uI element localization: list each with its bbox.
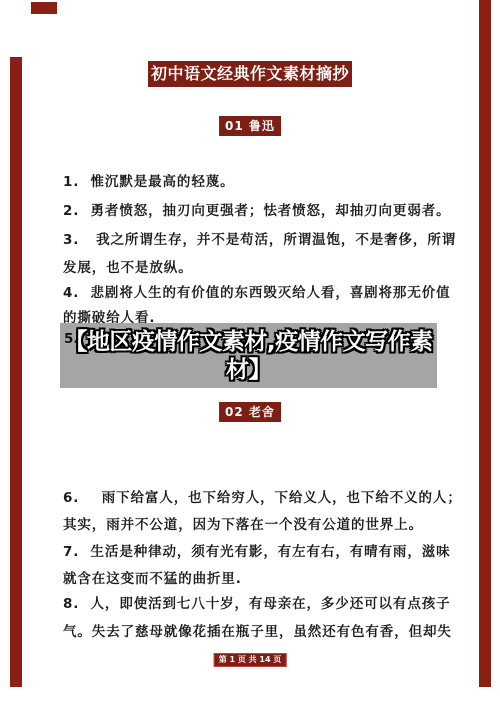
page-title: 初中语文经典作文素材摘抄 bbox=[148, 61, 352, 87]
watermark-overlay: 5. 【地区疫情作文素材,疫情作文写作素 材】 bbox=[60, 323, 437, 388]
quote-line: 4. 悲剧将人生的有价值的东西毁灭给人看，喜剧将那无价值 bbox=[63, 281, 451, 301]
page-number-footer: 第 1 页 共 14 页 bbox=[214, 653, 287, 667]
right-border-bar bbox=[479, 0, 491, 687]
watermark-line: 【地区疫情作文素材,疫情作文写作素 bbox=[64, 328, 432, 356]
watermark-line: 材】 bbox=[226, 356, 271, 384]
quote-line: 3. 我之所谓生存，并不是苟活，所谓温饱，不是奢侈，所谓 bbox=[63, 228, 456, 248]
quote-line: 发展，也不是放纵。 bbox=[63, 256, 193, 276]
watermark-text: 【地区疫情作文素材,疫情作文写作素 材】 bbox=[60, 323, 437, 388]
quote-line: 就含在这变而不猛的曲折里. bbox=[63, 567, 242, 587]
section-badge-laoshe: 02 老舍 bbox=[219, 402, 281, 422]
quote-line: 1. 惟沉默是最高的轻蔑。 bbox=[63, 170, 235, 190]
quote-line: 其实，雨并不公道，因为下落在一个没有公道的世界上。 bbox=[63, 513, 423, 533]
quote-line: 2. 勇者愤怒，抽刃向更强者；怯者愤怒，却抽刃向更弱者。 bbox=[63, 199, 451, 219]
corner-marker bbox=[31, 2, 57, 14]
section-badge-luxun: 01 鲁迅 bbox=[219, 116, 281, 136]
quote-line: 7. 生活是种律动，须有光有影，有左有右，有晴有雨，滋味 bbox=[63, 540, 451, 560]
document-page: 初中语文经典作文素材摘抄 01 鲁迅 1. 惟沉默是最高的轻蔑。 2. 勇者愤怒… bbox=[0, 0, 500, 707]
left-border-bar bbox=[10, 57, 22, 687]
quote-line: 6. 雨下给富人，也下给穷人，下给义人，也下给不义的人； bbox=[63, 486, 462, 506]
quote-line: 8. 人，即使活到七八十岁，有母亲在，多少还可以有点孩子 bbox=[63, 592, 451, 612]
quote-line: 气。失去了慈母就像花插在瓶子里，虽然还有色有香，但却失 bbox=[63, 620, 452, 640]
